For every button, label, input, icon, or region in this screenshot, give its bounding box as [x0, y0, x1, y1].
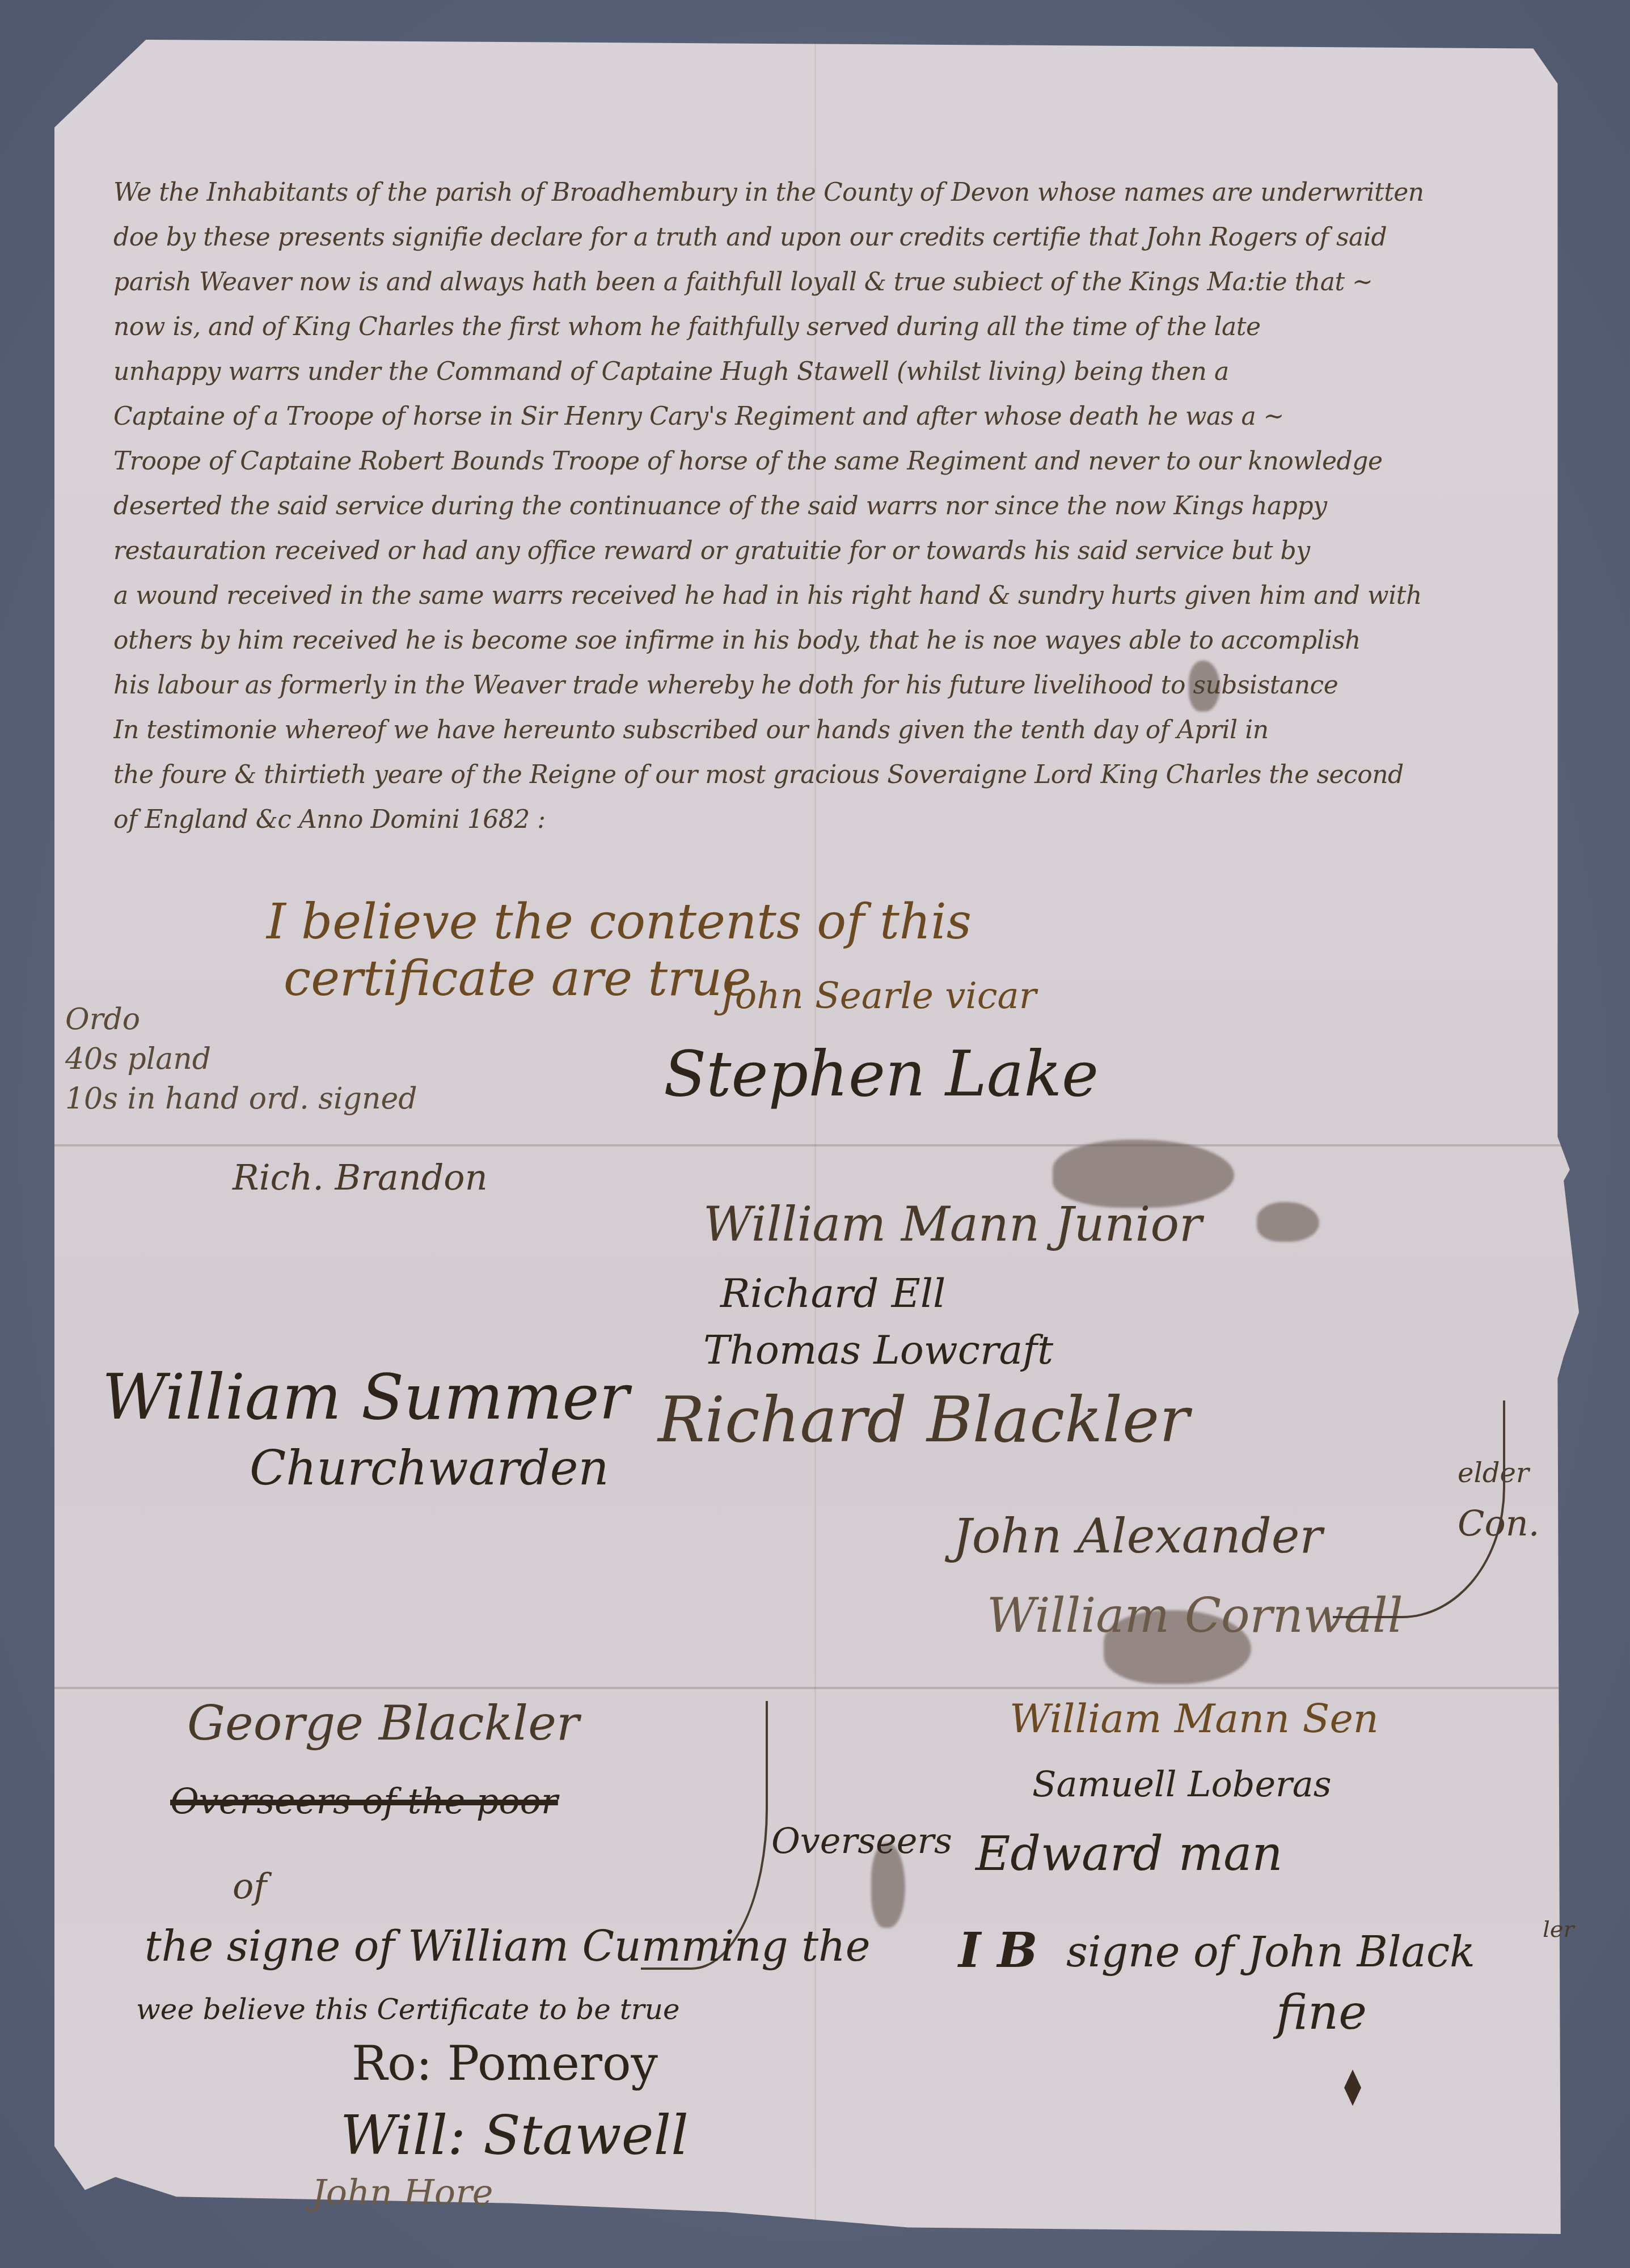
of-label: of [233, 1865, 267, 1907]
signature-richard-ell: Richard Ell [720, 1270, 946, 1317]
struck-through-text: Overseers of the poor [170, 1780, 558, 1822]
body-line: Troope of Captaine Robert Bounds Troope … [113, 439, 1565, 484]
mark-ib: I B [958, 1922, 1038, 1978]
body-line: his labour as formerly in the Weaver tra… [113, 663, 1565, 708]
fold-line-horizontal-1 [54, 1144, 1579, 1146]
signature-george-blackler: George Blackler [187, 1695, 579, 1751]
body-line: now is, and of King Charles the first wh… [113, 304, 1565, 349]
body-line: others by him received he is become soe … [113, 618, 1565, 663]
certificate-body: We the Inhabitants of the parish of Broa… [113, 170, 1565, 842]
signature-william-summer: William Summer [102, 1361, 629, 1433]
signature-edward-man: Edward man [976, 1826, 1283, 1881]
body-line: deserted the said service during the con… [113, 484, 1565, 528]
signature-rich-brandon: Rich. Brandon [233, 1157, 488, 1198]
signature-john-hore: John Hore [312, 2172, 493, 2213]
john-blackler-suffix: ler [1543, 1916, 1574, 1943]
overseers-label: Overseers [771, 1820, 952, 1861]
body-line: the foure & thirtieth yeare of the Reign… [113, 752, 1565, 797]
signature-john-alexander: John Alexander [953, 1508, 1323, 1564]
john-blackler-line-2: fine [1276, 1984, 1367, 2040]
fold-line-horizontal-2 [54, 1687, 1579, 1689]
body-line: doe by these presents signifie declare f… [113, 215, 1565, 260]
sign-of-william-cumming: the signe of William Cumming the [145, 1922, 870, 1971]
body-line: restauration received or had any office … [113, 528, 1565, 573]
signature-thomas-lowcraft: Thomas Lowcraft [703, 1327, 1053, 1373]
signature-john-searle: John Searle vicar [720, 975, 1036, 1017]
endorsement-line-2: certificate are true [284, 953, 751, 1005]
signature-william-mann-sen: William Mann Sen [1010, 1695, 1379, 1742]
churchwarden-label: Churchwarden [250, 1440, 609, 1496]
body-line: parish Weaver now is and always hath bee… [113, 260, 1565, 304]
body-line: unhappy warrs under the Command of Capta… [113, 349, 1565, 394]
signature-ro-pomeroy: Ro: Pomeroy [352, 2036, 658, 2091]
ink-stain [1257, 1202, 1319, 1242]
signature-william-mann-junior: William Mann Junior [703, 1196, 1202, 1252]
body-line: We the Inhabitants of the parish of Broa… [113, 170, 1565, 215]
sign-of-john-blackler: signe of John Black [1066, 1928, 1475, 1977]
body-line: Captaine of a Troope of horse in Sir Hen… [113, 394, 1565, 439]
body-line: of England &c Anno Domini 1682 : [113, 797, 1565, 842]
signature-richard-blackler: Richard Blackler [658, 1383, 1189, 1456]
we-believe-line: wee believe this Certificate to be true [136, 1993, 680, 2026]
signature-samuell-loberas: Samuell Loberas [1032, 1763, 1332, 1805]
endorsement-line-1: I believe the contents of this [267, 896, 972, 948]
body-line: a wound received in the same warrs recei… [113, 573, 1565, 618]
margin-note-line-2: 40s pland [65, 1043, 211, 1075]
signature-will-stawell: Will: Stawell [340, 2104, 689, 2167]
body-line: In testimonie whereof we have hereunto s… [113, 708, 1565, 752]
margin-note-line-3: 10s in hand ord. signed [65, 1083, 417, 1115]
margin-note-line-1: Ordo [65, 1004, 140, 1035]
signature-stephen-lake: Stephen Lake [664, 1038, 1099, 1110]
